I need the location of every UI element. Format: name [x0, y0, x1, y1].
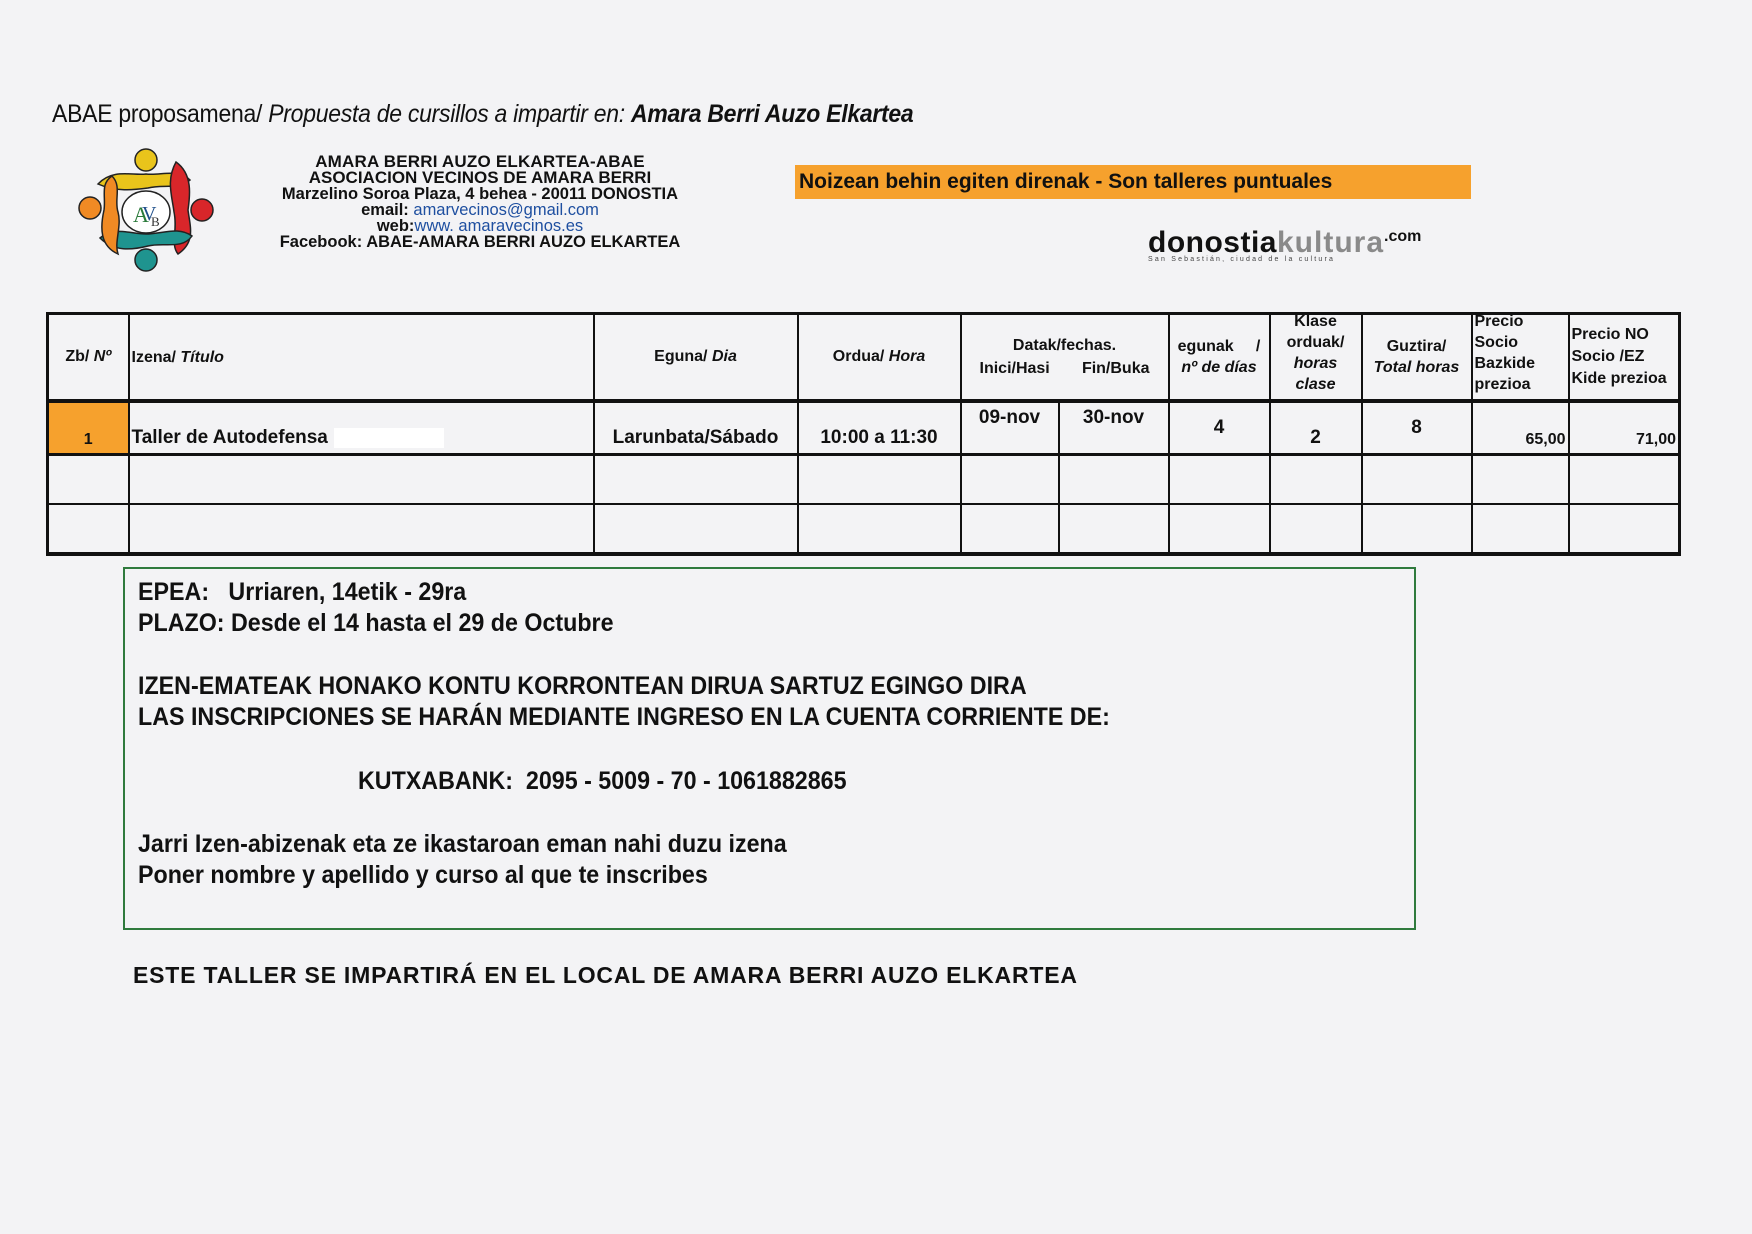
cell-hour: 10:00 a 11:30: [798, 401, 961, 455]
bank-account: KUTXABANK: 2095 - 5009 - 70 - 1061882865: [358, 767, 847, 796]
header-title-es: Título: [180, 349, 224, 366]
redacted-area: [334, 428, 444, 448]
header-price-nonmember-3: Kide prezioa: [1572, 368, 1677, 390]
cell-num: [48, 455, 129, 505]
cell-title: [129, 504, 594, 554]
header-dates-main: Datak/fechas.: [964, 334, 1166, 357]
cell-class-hours: [1270, 504, 1362, 554]
org-facebook: Facebook: ABAE-AMARA BERRI AUZO ELKARTEA: [245, 234, 715, 250]
cell-price-nonmember: [1569, 455, 1680, 505]
document-title: ABAE proposamena/ Propuesta de cursillos…: [52, 100, 913, 129]
cell-start-date: 09-nov: [961, 401, 1059, 455]
cell-day: [594, 504, 798, 554]
workshop-type-banner: Noizean behin egiten direnak - Son talle…: [795, 165, 1471, 199]
cell-title: [129, 455, 594, 505]
instructions-basque: Jarri Izen-abizenak eta ze ikastaroan em…: [138, 830, 787, 859]
cell-days: [1169, 455, 1270, 505]
course-title: Taller de Autodefensa: [132, 427, 328, 448]
table-row: [48, 504, 1680, 554]
header-price-nonmember-1: Precio NO: [1572, 324, 1677, 346]
cell-end-date: [1059, 504, 1169, 554]
header-class-hours-2: orduak/: [1273, 332, 1359, 353]
header-price-member: PrecioSocioBazkideprezioa: [1472, 314, 1569, 402]
title-basque: ABAE proposamena/: [52, 100, 268, 128]
org-email: email: amarvecinos@gmail.com: [245, 202, 715, 218]
logo-part-donostia: donostia: [1148, 226, 1277, 259]
cell-num: [48, 504, 129, 554]
header-hour-eu: Ordua/: [833, 348, 889, 365]
cell-end-date: 30-nov: [1059, 401, 1169, 455]
title-venue: Amara Berri Auzo Elkartea: [631, 100, 913, 128]
header-total-eu: Guztira/: [1365, 336, 1469, 357]
header-num-eu: Zb/: [65, 348, 93, 365]
header-class-hours-3: horas: [1273, 353, 1359, 374]
header-day-eu: Eguna/: [654, 348, 712, 365]
donostiakultura-logo: donostiakultura.com San Sebastián, ciuda…: [1148, 226, 1421, 263]
header-class-hours-4: clase: [1273, 374, 1359, 395]
logo-part-kultura: kultura: [1277, 226, 1384, 259]
cell-class-hours: 2: [1270, 401, 1362, 455]
table-row: [48, 455, 1680, 505]
header-price-member-3: Bazkide: [1475, 353, 1566, 374]
courses-table: Zb/ Nº Izena/ Título Eguna/ Dia Ordua/ H…: [46, 312, 1681, 556]
header-class-hours-1: Klase: [1273, 314, 1359, 333]
community-circle-logo-icon: A V B: [78, 146, 214, 274]
cell-day: [594, 455, 798, 505]
cell-price-nonmember: [1569, 504, 1680, 554]
header-days-eu: egunak /: [1172, 336, 1267, 357]
cell-start-date: [961, 504, 1059, 554]
header-day: Eguna/ Dia: [594, 314, 798, 402]
cell-start-date: [961, 455, 1059, 505]
venue-notice: ESTE TALLER SE IMPARTIRÁ EN EL LOCAL DE …: [133, 962, 1078, 989]
table-row: 1 Taller de Autodefensa Larunbata/Sábado…: [48, 401, 1680, 455]
instructions-spanish: Poner nombre y apellido y curso al que t…: [138, 861, 708, 890]
cell-days: [1169, 504, 1270, 554]
org-web: web:www. amaravecinos.es: [245, 218, 715, 234]
logo-part-com: .com: [1384, 228, 1421, 245]
cell-day: Larunbata/Sábado: [594, 401, 798, 455]
cell-total-hours: 8: [1362, 401, 1472, 455]
header-num: Zb/ Nº: [48, 314, 129, 402]
header-date-start: Inici/Hasi: [980, 357, 1050, 380]
cell-price-member: [1472, 504, 1569, 554]
cell-class-hours: [1270, 455, 1362, 505]
facebook-name: ABAE-AMARA BERRI AUZO ELKARTEA: [366, 233, 680, 251]
organization-info: AMARA BERRI AUZO ELKARTEA-ABAE ASOCIACIO…: [245, 154, 715, 250]
header-day-es: Dia: [712, 348, 737, 365]
svg-text:B: B: [151, 214, 160, 229]
title-spanish: Propuesta de cursillos a impartir en:: [268, 100, 631, 128]
deadline-spanish: PLAZO: Desde el 14 hasta el 29 de Octubr…: [138, 609, 614, 638]
inscription-basque: IZEN-EMATEAK HONAKO KONTU KORRONTEAN DIR…: [138, 672, 1027, 701]
header-total-es: Total horas: [1365, 357, 1469, 378]
cell-hour: [798, 504, 961, 554]
table-header-row: Zb/ Nº Izena/ Título Eguna/ Dia Ordua/ H…: [48, 314, 1680, 402]
inscription-spanish: LAS INSCRIPCIONES SE HARÁN MEDIANTE INGR…: [138, 703, 1110, 732]
header-dates: Datak/fechas. Inici/HasiFin/Buka: [961, 314, 1169, 402]
header-days-es: nº de días: [1172, 357, 1267, 378]
cell-num: 1: [48, 401, 129, 455]
cell-total-hours: [1362, 455, 1472, 505]
header-price-member-2: Socio: [1475, 332, 1566, 353]
cell-price-member: 65,00: [1472, 401, 1569, 455]
header-hour: Ordua/ Hora: [798, 314, 961, 402]
deadline-basque: EPEA: Urriaren, 14etik - 29ra: [138, 578, 466, 607]
cell-days: 4: [1169, 401, 1270, 455]
header-title: Izena/ Título: [129, 314, 594, 402]
cell-price-nonmember: 71,00: [1569, 401, 1680, 455]
cell-title: Taller de Autodefensa: [129, 401, 594, 455]
header-price-member-1: Precio: [1475, 314, 1566, 333]
cell-price-member: [1472, 455, 1569, 505]
header-num-es: Nº: [94, 348, 111, 365]
cell-end-date: [1059, 455, 1169, 505]
header-price-nonmember-2: Socio /EZ: [1572, 346, 1677, 368]
header-price-nonmember: Precio NOSocio /EZKide prezioa: [1569, 314, 1680, 402]
cell-total-hours: [1362, 504, 1472, 554]
header-total: Guztira/Total horas: [1362, 314, 1472, 402]
org-address: Marzelino Soroa Plaza, 4 behea - 20011 D…: [245, 186, 715, 202]
header-date-end: Fin/Buka: [1082, 357, 1150, 380]
header-days: egunak /nº de días: [1169, 314, 1270, 402]
header-title-eu: Izena/: [132, 349, 181, 366]
facebook-label: Facebook:: [280, 233, 367, 251]
header-price-member-4: prezioa: [1475, 374, 1566, 395]
header-hour-es: Hora: [889, 348, 925, 365]
org-name-spanish: ASOCIACION VECINOS DE AMARA BERRI: [245, 170, 715, 186]
cell-hour: [798, 455, 961, 505]
header-class-hours: Klaseorduak/horasclase: [1270, 314, 1362, 402]
